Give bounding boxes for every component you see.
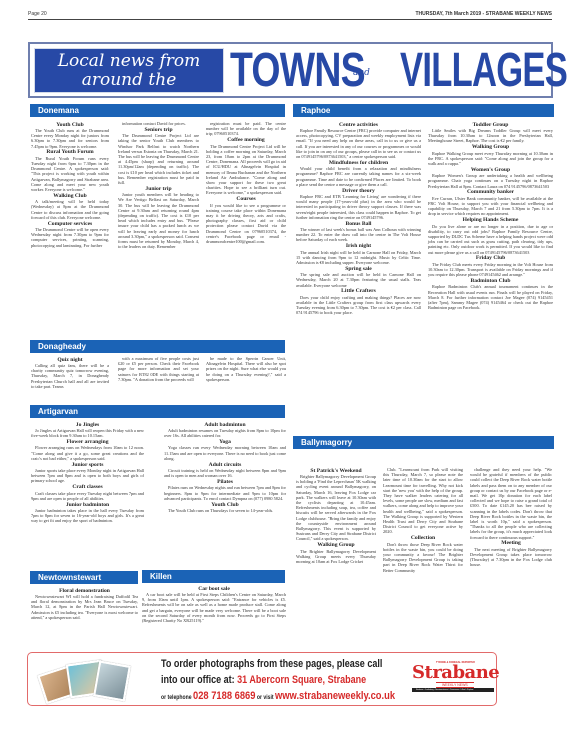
photo-print (93, 660, 131, 701)
article-body: The Youth Club runs at the Drummond Cent… (31, 128, 109, 149)
donagheady-col-2: with a maximum of five people costs just… (118, 356, 199, 382)
article-body: Junior badminton takes place in the hall… (31, 508, 144, 524)
advert-line-3: or telephone 028 7188 6869 or visit www.… (161, 690, 395, 702)
article-body: The Drummond Centre will be open every W… (31, 227, 109, 248)
advert-office-label: into our office at: (161, 674, 237, 686)
raphoe-col-1: Centre activitiesRaphoe Family Resource … (296, 121, 421, 316)
section-header-donagheady: Donagheady (30, 340, 285, 353)
article-body: registration must be paid. The centre nu… (206, 121, 286, 137)
section-header-ballymagorry: Ballymagorry (293, 436, 554, 449)
article-body: The Brighter Ballymagorry Development Wa… (296, 549, 376, 565)
article-body: Do you live alone or are no longer in a … (428, 224, 553, 255)
page-number: Page 20 (28, 11, 47, 17)
article-body: Calling all quiz fans, there will be a c… (31, 363, 109, 389)
logo-strip: Strabane • Castlederg • Newtownstewart •… (412, 688, 494, 692)
article-body: information contact David for prices. (118, 121, 199, 126)
article-body: The Drummond Centre Project Ltd will be … (206, 144, 286, 196)
article-body: Eve Curran, Ulster Bank community banker… (428, 196, 553, 217)
newtownstewart-col-1: Floral demonstrationNewtownstewart WI wi… (31, 587, 138, 620)
dateline: THURSDAY, 7th March 2019 - STRABANE WEEK… (415, 11, 552, 17)
article-body: Brighter Ballymagorry Development Group … (296, 474, 376, 542)
article-body: Junior youth members will be heading to … (118, 192, 199, 249)
article-body: If you would like to see a programme or … (206, 203, 286, 245)
article-body: Pilates runs on Wednesday nights and run… (164, 485, 286, 501)
article-body: Circuit training is held on Wednesday ni… (164, 468, 286, 478)
artigarvan-col-2: Adult badmintonAdult badminton resumes o… (164, 421, 286, 513)
section-header-donemana: Donemana (30, 104, 285, 117)
logo-name: Strabane (412, 663, 499, 683)
photo-collage-image (36, 657, 136, 703)
article-body: Adult badminton resumes on Tuesday night… (164, 428, 286, 438)
article-body: Craft classes take place every Tuesday n… (31, 491, 144, 501)
advert-address: 31 Abercorn Square, Strabane (237, 674, 366, 686)
article-body: Does your child enjoy crafting and makin… (296, 295, 421, 316)
artigarvan-col-1: Jo JinglesJo Jingles at Artigarvan Hall … (31, 421, 144, 524)
donagheady-col-1: Quiz nightCalling all quiz fans, there w… (31, 356, 109, 389)
article-body: The Rural Youth Forum runs every Tuesday… (31, 156, 109, 192)
article-body: Raphoe Women's Group are undertaking a h… (428, 173, 553, 189)
article-body: The Friday Club meets every Friday morni… (428, 262, 553, 278)
article-body: Would your child benefit from a relaxati… (296, 166, 421, 187)
section-header-artigarvan: Artigarvan (30, 405, 285, 418)
strabane-weekly-news-logo: TYRONE & DONEGAL REPORTER Strabane WEEKL… (412, 660, 494, 698)
article-body: Jo Jingles at Artigarvan Hall will reope… (31, 428, 144, 438)
article-body: The Youth Club runs on Thursdays for sev… (164, 508, 286, 513)
article-body: Club. "Learmount from Park will visiting… (383, 467, 463, 535)
article-body: Raphoe Badminton Club's annual tournamen… (428, 284, 553, 310)
article-body: Newtownstewart WI will hold a fundraisin… (31, 594, 138, 620)
advert-line-2: into our office at: 31 Abercorn Square, … (161, 674, 366, 686)
banner-villages: VILLAGES (400, 45, 567, 97)
article-body: The winner of last week's bonus ball was… (296, 227, 421, 243)
article-body: Flower arranging runs on Wednesdays from… (31, 445, 144, 461)
advert-line-1: To order photographs from these pages, p… (161, 658, 382, 670)
ballymagorry-col-3: challenge and they need your help. "We w… (470, 467, 552, 568)
ballymagorry-col-2: Club. "Learmount from Park will visiting… (383, 467, 463, 573)
banner-script-line2: around the (35, 71, 223, 90)
donemana-col-1: Youth ClubThe Youth Club runs at the Dru… (31, 121, 109, 248)
article-body: A car boot sale will be held at First St… (142, 592, 286, 623)
towns-villages-banner: Local news from around the TOWNS and VIL… (28, 42, 553, 98)
advert-website-link[interactable]: www.strabaneweekly.co.uk (275, 690, 395, 702)
advert-telephone-label: or telephone (161, 695, 193, 701)
article-body: Raphoe Family Resource Centre (FRC) prov… (296, 128, 421, 159)
article-body: A talk/meeting will be held today (Wedne… (31, 199, 109, 220)
article-body: The Drummond Centre Project Ltd are taki… (118, 133, 199, 185)
photo-order-advert: To order photographs from these pages, p… (27, 652, 497, 706)
donemana-col-3: registration must be paid. The centre nu… (206, 121, 286, 244)
article-body: Little Smiles with Big Dreams Toddler Gr… (428, 128, 553, 144)
article-body: be made to the Sperrin Cancer Unit, Altn… (206, 356, 286, 382)
section-header-raphoe: Raphoe (293, 104, 554, 117)
page-header: Page 20 THURSDAY, 7th March 2019 - STRAB… (28, 8, 552, 20)
article-body: Yoga classes run every Wednesday morning… (164, 445, 286, 461)
ballymagorry-col-1: St Patrick's WeekendBrighter Ballymagorr… (296, 467, 376, 564)
article-body: Junior sports take place every Monday ni… (31, 468, 144, 484)
article-body: The spring sale and auction will be held… (296, 272, 421, 288)
donagheady-col-3: be made to the Sperrin Cancer Unit, Altn… (206, 356, 286, 382)
section-header-newtownstewart: Newtownstewart (30, 571, 138, 584)
raphoe-col-2: Toddler GroupLittle Smiles with Big Drea… (428, 121, 553, 310)
article-body: Don't throw those Deep River Rock water … (383, 542, 463, 573)
killen-col-1: Car boot saleA car boot sale will be hel… (142, 585, 286, 623)
article-body: Raphoe Walking Group meet every Thursday… (428, 151, 553, 167)
article-body: with a maximum of five people costs just… (118, 356, 199, 382)
article-body: challenge and they need your help. "We w… (470, 467, 552, 540)
banner-towns: TOWNS (230, 45, 365, 97)
donemana-col-2: information contact David for prices. Se… (118, 121, 199, 249)
banner-script-line1: Local news from (35, 52, 223, 71)
banner-script-box: Local news from around the (34, 48, 224, 93)
advert-visit-label: or visit (255, 695, 275, 701)
section-header-killen: Killen (142, 570, 285, 583)
advert-phone[interactable]: 028 7188 6869 (193, 690, 255, 702)
banner-and: and (353, 68, 370, 78)
article-body: The next meeting of Brighter Ballymagorr… (470, 547, 552, 568)
article-body: Raphoe FRC and ETB 'Learning for Living'… (296, 194, 421, 220)
article-body: The annual Irish night will be held in C… (296, 250, 421, 266)
